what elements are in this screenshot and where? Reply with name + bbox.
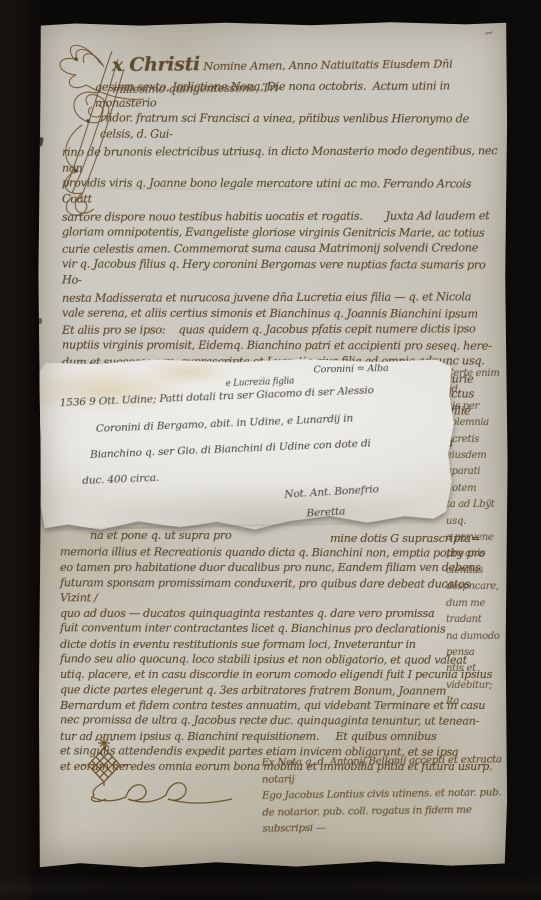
line-ending: ta ad Lbÿt usq.	[446, 497, 506, 530]
manuscript-line: gesimo sexto, Indictione Nona, Die nona …	[95, 78, 502, 112]
notarial-subscription: Ex Nota q. d. Antonij Bellonij accepti e…	[261, 751, 506, 837]
slip-signature: Beretta	[306, 505, 345, 519]
line-ending: aparati dotem	[446, 464, 506, 497]
slip-line: 1536 9 Ott. Udine; Patti dotali tra ser …	[59, 384, 373, 409]
line-ending: ncretis eiusdem	[446, 432, 506, 465]
ink-blot	[35, 136, 44, 146]
manuscript-line: gloriam omnipotentis, Evangeliste glorio…	[62, 224, 502, 241]
slip-line: duc. 400 circa.	[82, 472, 159, 487]
manuscript-line: Bernardum et fidem contra testes annuati…	[60, 698, 502, 713]
partial-line-right: mine dotis G suprascripta=	[330, 532, 480, 545]
invocation-words: x Christi	[112, 53, 200, 76]
manuscript-line: nesta Madisserata et nurucosa juvene dña…	[62, 289, 502, 307]
manuscript-line: fuit conventum inter contractantes licet…	[60, 621, 502, 638]
folio-mark: ~	[482, 25, 495, 41]
line-ending: Certe enim ad	[446, 366, 506, 399]
manuscript-photo: ~ x Christi Nomine Amen, Anno Natiuitati…	[0, 0, 541, 900]
manuscript-line: Et aliis pro se ipso: quas quidem q. Jac…	[62, 321, 502, 339]
manuscript-line: rñdor. fratrum sci Francisci a vinea, pñ…	[100, 111, 502, 144]
manuscript-line: fundo seu alio quocunq. loco stabili ips…	[60, 651, 502, 668]
manuscript-line: curie celestis amen. Commemorat suma cau…	[62, 240, 502, 258]
slip-signature: Not. Ant. Bonefrio	[284, 483, 379, 501]
subscription-line: de notarior. pub. coll. rogatus in fidem…	[262, 801, 506, 837]
slip-corner-label: Coronini = Alba	[313, 363, 388, 376]
manuscript-line: futuram sponsam promissimam conduxerit, …	[60, 575, 502, 607]
manuscript-line: eo tamen pro habitatione duor ducalibus …	[60, 560, 502, 575]
manuscript-line: nuptiis virginis promisit, Eidemq. Bianc…	[62, 338, 502, 355]
line-ending: nis per solemnia	[446, 399, 506, 432]
manuscript-line: quo ad duos — ducatos quinquaginta resta…	[60, 606, 502, 621]
manuscript-line: que dicte partes elegerunt q. 3es arbitr…	[60, 682, 502, 699]
ink-blot	[37, 318, 42, 324]
subscription-line: Ex Nota q. d. Antonij Bellonij accepti e…	[261, 751, 505, 787]
notarial-signum-icon	[74, 735, 239, 807]
manuscript-line: sartore dispore nouo testibus habitis uo…	[62, 208, 502, 226]
background-sheen	[0, 874, 541, 900]
manuscript-line: vir q. Jacobus filius q. Hery coronini B…	[62, 257, 502, 291]
slip-line: Bianchino q. ser Gio. di Bianchini di Ud…	[90, 437, 371, 461]
slip-paper: Coronini = Alba e Lucrezia figlia 1536 9…	[37, 357, 454, 536]
manuscript-line: rino de brunonis electricibus utriusq. i…	[62, 143, 502, 177]
manuscript-line: vale serena, et aliis certius simonis et…	[62, 305, 502, 322]
manuscript-line: utiq. placere, et in casu discordie in e…	[60, 667, 502, 682]
manuscript-line: nec promissa de ultra q. Jacobus recte d…	[60, 712, 502, 729]
pasted-paper-slip: Coronini = Alba e Lucrezia figlia 1536 9…	[37, 357, 454, 536]
manuscript-line: memoria illius et Recreationis quando di…	[60, 544, 502, 561]
manuscript-line: dicte dotis in eventu restitutionis sue …	[60, 637, 502, 652]
partial-line-left: na et pone q. ut supra pro	[90, 529, 232, 542]
slip-line: Coronini di Bergamo, abit. in Udine, e L…	[96, 412, 354, 435]
parchment-page: ~ x Christi Nomine Amen, Anno Natiuitati…	[38, 21, 508, 869]
